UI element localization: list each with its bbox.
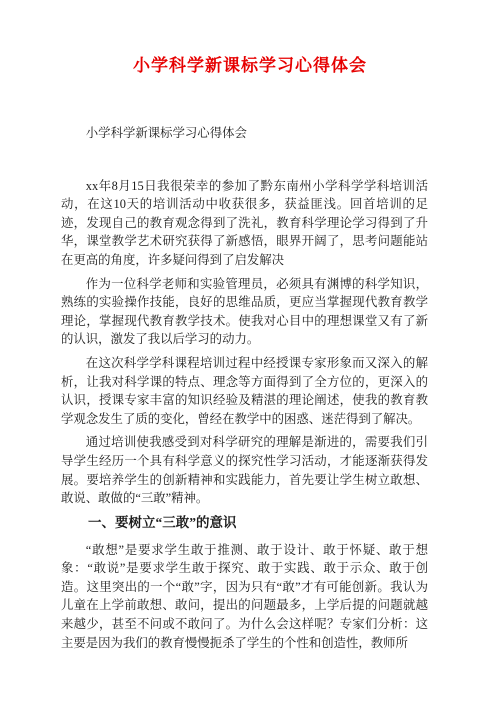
- section-heading: 一、要树立“三敢”的意识: [61, 513, 428, 532]
- document-page: 小学科学新课标学习心得体会 小学科学新课标学习心得体会xx年8月15日我很荣幸的…: [0, 0, 500, 707]
- body-paragraph: 通过培训使我感受到对科学研究的理解是渐进的，需要我们引导学生经历一个具有科学意义…: [61, 433, 428, 507]
- document-title: 小学科学新课标学习心得体会: [0, 55, 500, 77]
- body-paragraph: 在这次科学学科课程培训过程中经授课专家形象而又深入的解析，让我对科学课的特点、理…: [61, 354, 428, 428]
- body-paragraph: xx年8月15日我很荣幸的参加了黔东南州小学科学学科培训活动，在这10天的培训活…: [61, 177, 428, 270]
- document-subtitle: 小学科学新课标学习心得体会: [61, 124, 428, 143]
- document-body: 小学科学新课标学习心得体会xx年8月15日我很荣幸的参加了黔东南州小学科学学科培…: [0, 124, 500, 652]
- body-paragraph: 作为一位科学老师和实验管理员，必须具有渊博的科学知识，熟练的实验操作技能，良好的…: [61, 275, 428, 349]
- body-paragraph: “敢想”是要求学生敢于推测、敢于设计、敢于怀疑、敢于想象：“敢说”是要求学生敢于…: [61, 541, 428, 653]
